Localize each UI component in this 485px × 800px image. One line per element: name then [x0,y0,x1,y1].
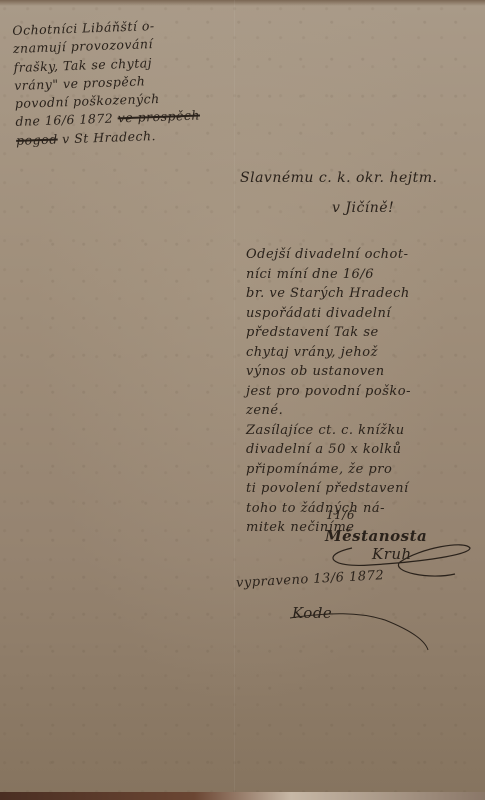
signature-name: Kruh [372,545,412,563]
signature-date: 11/6 [326,508,355,522]
body-line: představení Tak se [246,323,411,343]
body-line: uspořádati divadelní [246,304,411,324]
body-line: divadelní a 50 x kolků [246,440,411,460]
dispatch-signature: Kode [292,604,332,622]
body-line: ti povolení představení [246,479,411,499]
page-fold [234,0,235,792]
body-line: Odejší divadelní ochot- [246,245,411,265]
margin-note: Ochotníci Libáňští o- znamují provozován… [12,16,201,150]
struck-text: pogod [16,131,58,147]
dispatch-note: vypraveno 13/6 1872 [236,568,385,591]
body-line: výnos ob ustanoven [246,362,411,382]
page-top-edge [0,0,485,6]
letter-body: Odejší divadelní ochot- níci míní dne 16… [246,245,411,538]
body-line: zené. [246,401,411,421]
manuscript-page: Ochotníci Libáňští o- znamují provozován… [0,0,485,792]
body-line: chytaj vrány, jehož [246,343,411,363]
margin-note-place: v St Hradech. [62,128,156,146]
body-line: jest pro povodní poško- [246,382,411,402]
margin-note-date: dne 16/6 1872 [15,111,113,129]
body-line: připomínáme, že pro [246,460,411,480]
struck-text: ve prospěch [117,108,200,126]
address-line-2: v Jičíně! [332,200,394,216]
body-line: br. ve Starých Hradech [246,284,411,304]
body-line: níci míní dne 16/6 [246,265,411,285]
signature-title: Městanosta [325,527,427,545]
body-line: Zasílajíce ct. c. knížku [246,421,411,441]
page-bottom-edge [0,792,485,800]
address-line-1: Slavnému c. k. okr. hejtm. [240,170,437,186]
